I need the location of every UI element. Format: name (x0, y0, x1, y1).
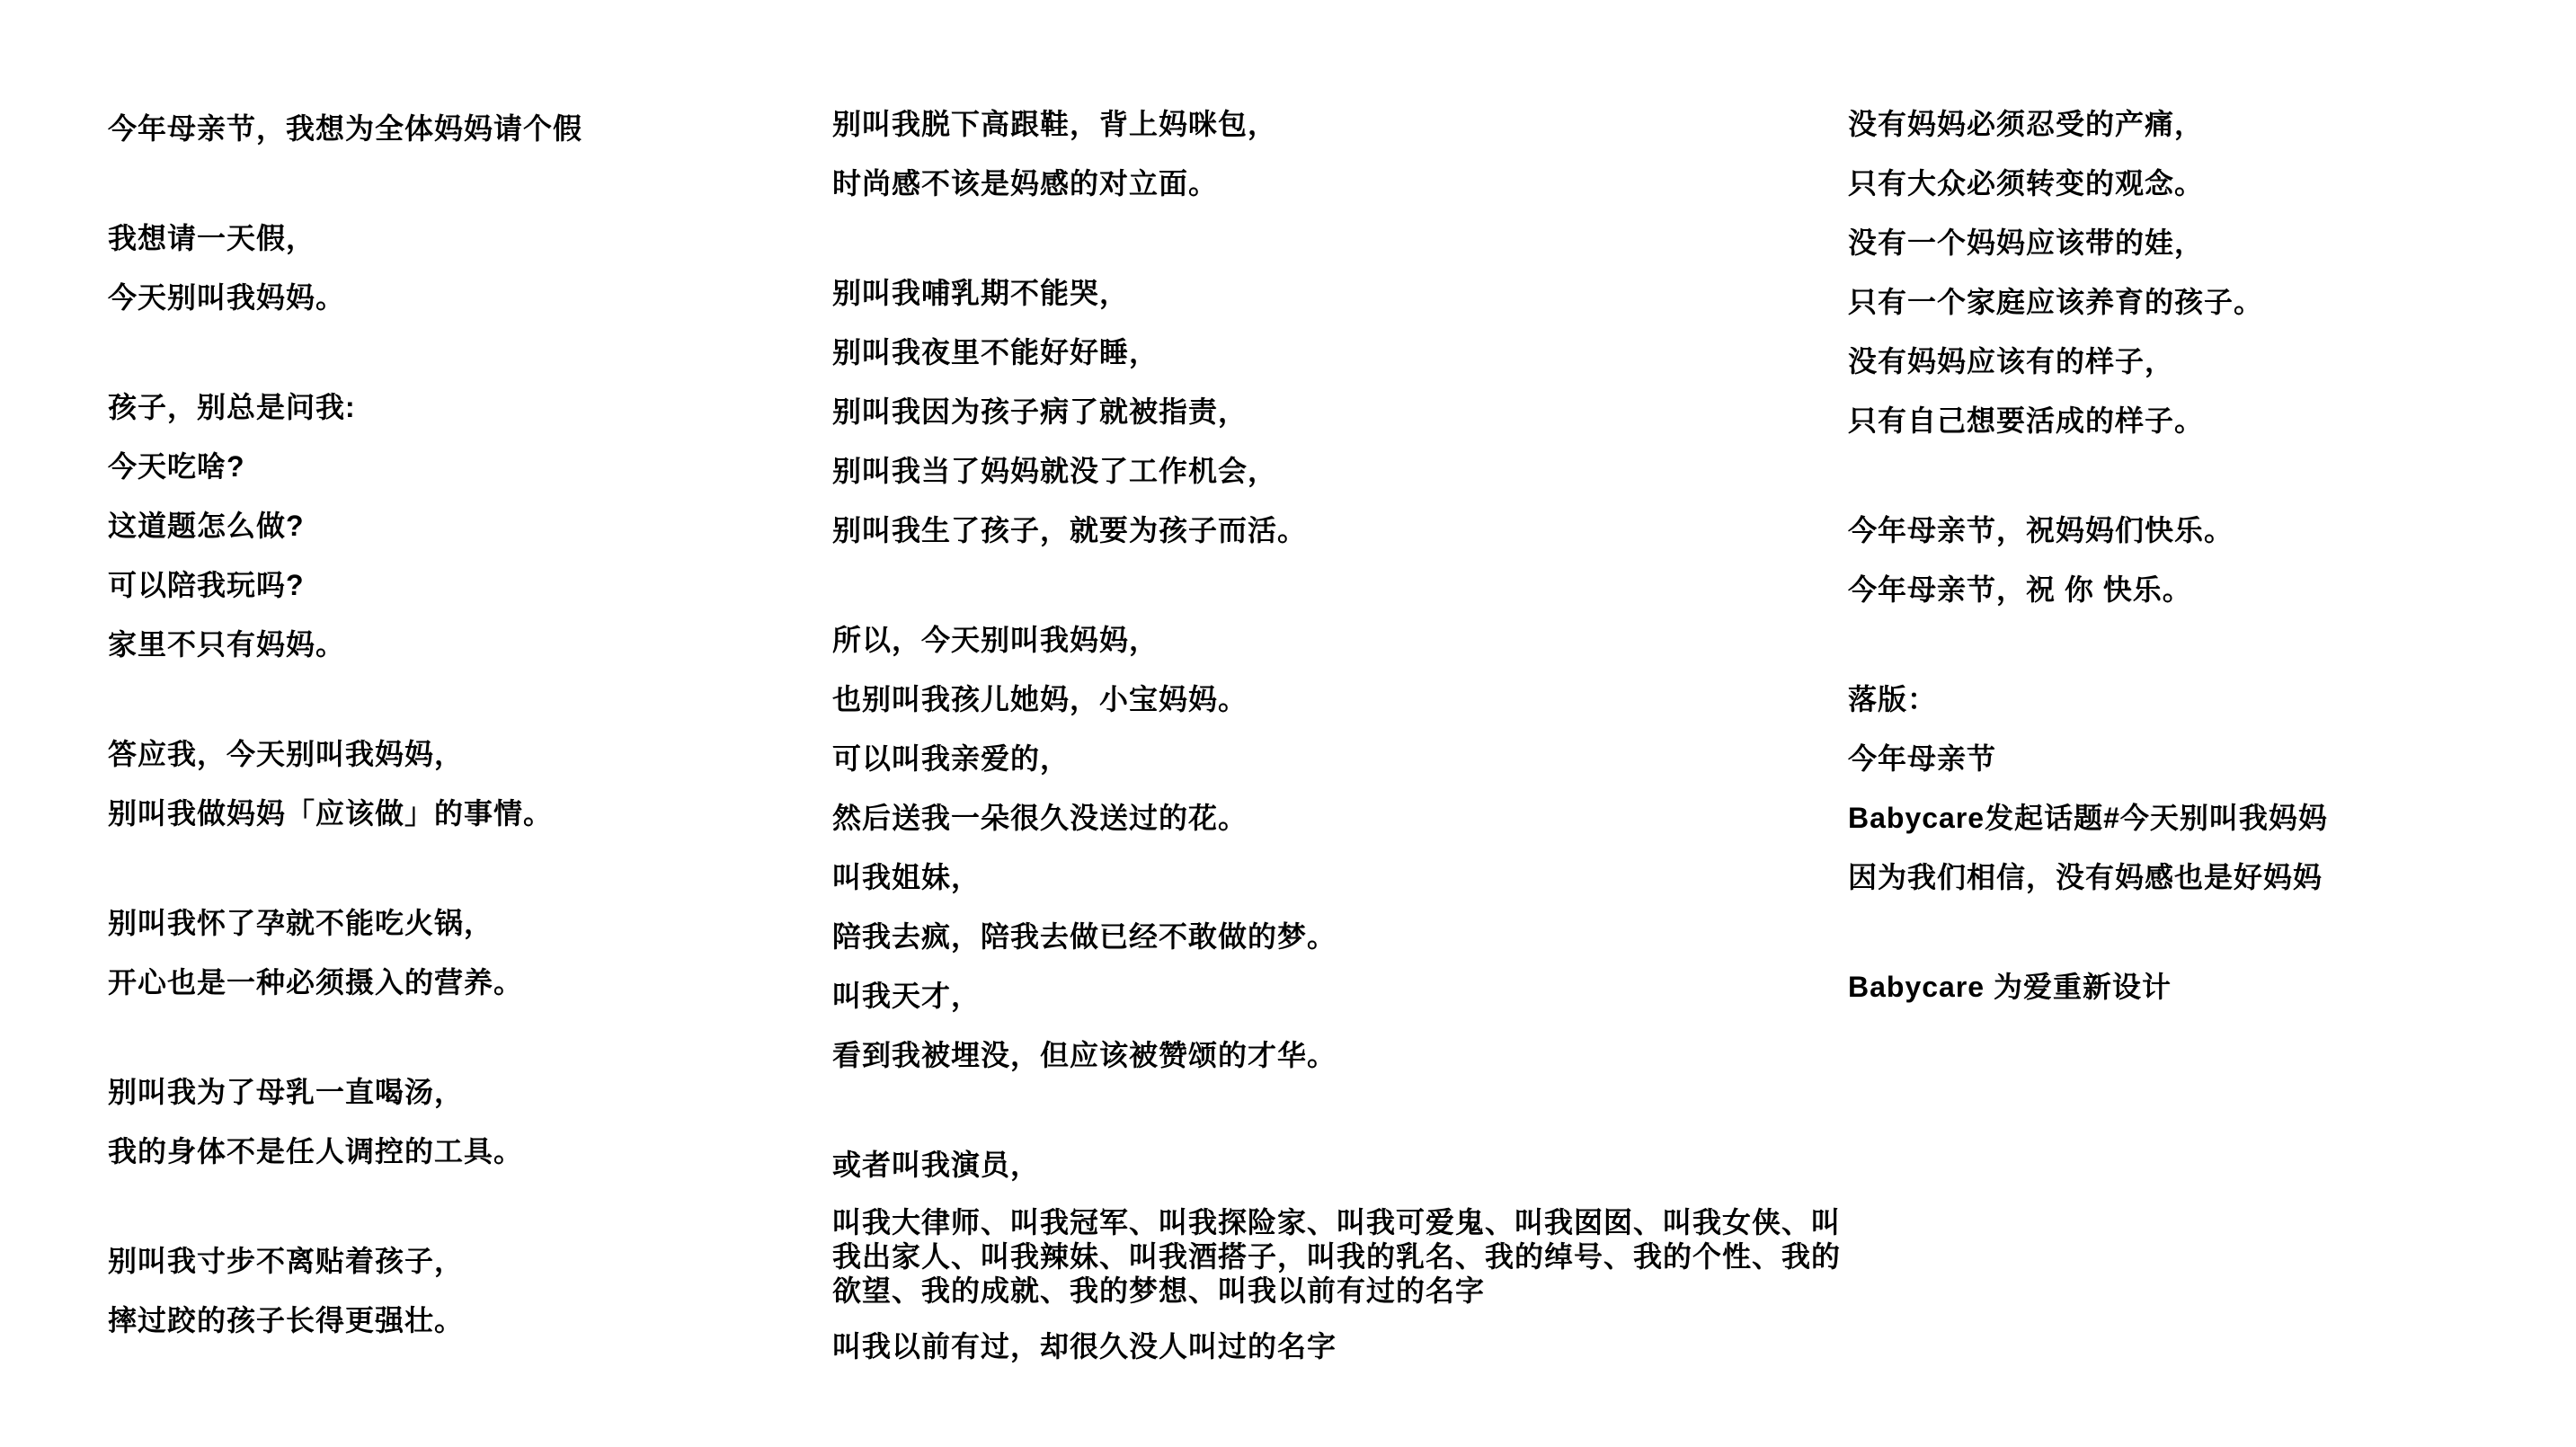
text-line: 别叫我夜里不能好好睡， (832, 323, 1893, 382)
text-line: 因为我们相信，没有妈感也是好妈妈 (1848, 848, 2558, 907)
paragraph: 落版：今年母亲节Babycare发起话题#今天别叫我妈妈因为我们相信，没有妈感也… (1848, 670, 2558, 907)
text-line: 落版： (1848, 670, 2558, 729)
text-line: 今年母亲节，祝妈妈们快乐。 (1848, 501, 2558, 560)
paragraph: 今年母亲节，祝妈妈们快乐。今年母亲节，祝 你 快乐。 (1848, 501, 2558, 619)
paragraph: Babycare 为爱重新设计 (1848, 957, 2558, 1016)
text-line: 别叫我寸步不离贴着孩子， (108, 1231, 809, 1291)
text-line: 这道题怎么做? (108, 496, 809, 555)
text-line: 今天吃啥? (108, 437, 809, 496)
dense-text-line: 叫我大律师、叫我冠军、叫我探险家、叫我可爱鬼、叫我囡囡、叫我女侠、叫我出家人、叫… (832, 1205, 1844, 1308)
text-line: 别叫我做妈妈「应该做」的事情。 (108, 784, 809, 843)
text-line: 孩子，别总是问我: (108, 377, 809, 437)
text-line: Babycare 为爱重新设计 (1848, 957, 2558, 1016)
text-line: 别叫我脱下高跟鞋，背上妈咪包， (832, 94, 1893, 154)
text-line: 家里不只有妈妈。 (108, 615, 809, 674)
copy-column-left: 今年母亲节，我想为全体妈妈请个假我想请一天假，今天别叫我妈妈。孩子，别总是问我:… (108, 99, 809, 1400)
text-line: 叫我天才， (832, 966, 1893, 1025)
paragraph: 别叫我为了母乳一直喝汤，我的身体不是任人调控的工具。 (108, 1062, 809, 1181)
text-line: 别叫我为了母乳一直喝汤， (108, 1062, 809, 1122)
text-line: 或者叫我演员， (832, 1135, 1893, 1194)
text-line: 摔过跤的孩子长得更强壮。 (108, 1291, 809, 1350)
paragraph: 别叫我脱下高跟鞋，背上妈咪包，时尚感不该是妈感的对立面。 (832, 94, 1893, 213)
paragraph: 没有妈妈必须忍受的产痛，只有大众必须转变的观念。没有一个妈妈应该带的娃，只有一个… (1848, 94, 2558, 450)
paragraph: 别叫我寸步不离贴着孩子，摔过跤的孩子长得更强壮。 (108, 1231, 809, 1350)
paragraph: 别叫我哺乳期不能哭，别叫我夜里不能好好睡，别叫我因为孩子病了就被指责，别叫我当了… (832, 263, 1893, 560)
text-line: 今天别叫我妈妈。 (108, 268, 809, 327)
paragraph: 所以，今天别叫我妈妈，也别叫我孩儿她妈，小宝妈妈。可以叫我亲爱的，然后送我一朵很… (832, 610, 1893, 1085)
text-line: 今年母亲节 (1848, 729, 2558, 788)
paragraph: 今年母亲节，我想为全体妈妈请个假 (108, 99, 809, 158)
text-line: 别叫我生了孩子，就要为孩子而活。 (832, 501, 1893, 560)
text-line: 别叫我因为孩子病了就被指责， (832, 382, 1893, 441)
text-line: 时尚感不该是妈感的对立面。 (832, 154, 1893, 213)
text-line: 也别叫我孩儿她妈，小宝妈妈。 (832, 670, 1893, 729)
text-line: 可以叫我亲爱的， (832, 729, 1893, 788)
text-line: Babycare发起话题#今天别叫我妈妈 (1848, 788, 2558, 848)
text-line: 别叫我哺乳期不能哭， (832, 263, 1893, 323)
paragraph: 别叫我怀了孕就不能吃火锅，开心也是一种必须摄入的营养。 (108, 893, 809, 1012)
paragraph: 孩子，别总是问我:今天吃啥?这道题怎么做?可以陪我玩吗?家里不只有妈妈。 (108, 377, 809, 674)
paragraph: 我想请一天假，今天别叫我妈妈。 (108, 209, 809, 327)
text-line: 叫我姐妹， (832, 848, 1893, 907)
text-line: 没有一个妈妈应该带的娃， (1848, 213, 2558, 272)
copy-column-right: 没有妈妈必须忍受的产痛，只有大众必须转变的观念。没有一个妈妈应该带的娃，只有一个… (1848, 94, 2558, 1067)
text-line: 答应我，今天别叫我妈妈， (108, 724, 809, 784)
paragraph: 或者叫我演员，叫我大律师、叫我冠军、叫我探险家、叫我可爱鬼、叫我囡囡、叫我女侠、… (832, 1135, 1893, 1376)
text-line: 开心也是一种必须摄入的营养。 (108, 953, 809, 1012)
text-line: 没有妈妈应该有的样子， (1848, 332, 2558, 391)
text-line: 看到我被埋没，但应该被赞颂的才华。 (832, 1025, 1893, 1085)
text-line: 只有自己想要活成的样子。 (1848, 391, 2558, 450)
text-line: 别叫我怀了孕就不能吃火锅， (108, 893, 809, 953)
text-line: 我想请一天假， (108, 209, 809, 268)
paragraph: 答应我，今天别叫我妈妈，别叫我做妈妈「应该做」的事情。 (108, 724, 809, 843)
text-line: 今年母亲节，我想为全体妈妈请个假 (108, 99, 809, 158)
text-line: 今年母亲节，祝 你 快乐。 (1848, 560, 2558, 619)
text-line: 没有妈妈必须忍受的产痛， (1848, 94, 2558, 154)
text-line: 只有一个家庭应该养育的孩子。 (1848, 272, 2558, 332)
text-line: 别叫我当了妈妈就没了工作机会， (832, 441, 1893, 501)
text-line: 所以，今天别叫我妈妈， (832, 610, 1893, 670)
text-line: 只有大众必须转变的观念。 (1848, 154, 2558, 213)
copy-column-middle: 别叫我脱下高跟鞋，背上妈咪包，时尚感不该是妈感的对立面。别叫我哺乳期不能哭，别叫… (832, 94, 1893, 1426)
text-line: 陪我去疯，陪我去做已经不敢做的梦。 (832, 907, 1893, 966)
text-line: 然后送我一朵很久没送过的花。 (832, 788, 1893, 848)
text-line: 叫我以前有过，却很久没人叫过的名字 (832, 1317, 1893, 1376)
text-line: 可以陪我玩吗? (108, 555, 809, 615)
text-line: 我的身体不是任人调控的工具。 (108, 1122, 809, 1181)
